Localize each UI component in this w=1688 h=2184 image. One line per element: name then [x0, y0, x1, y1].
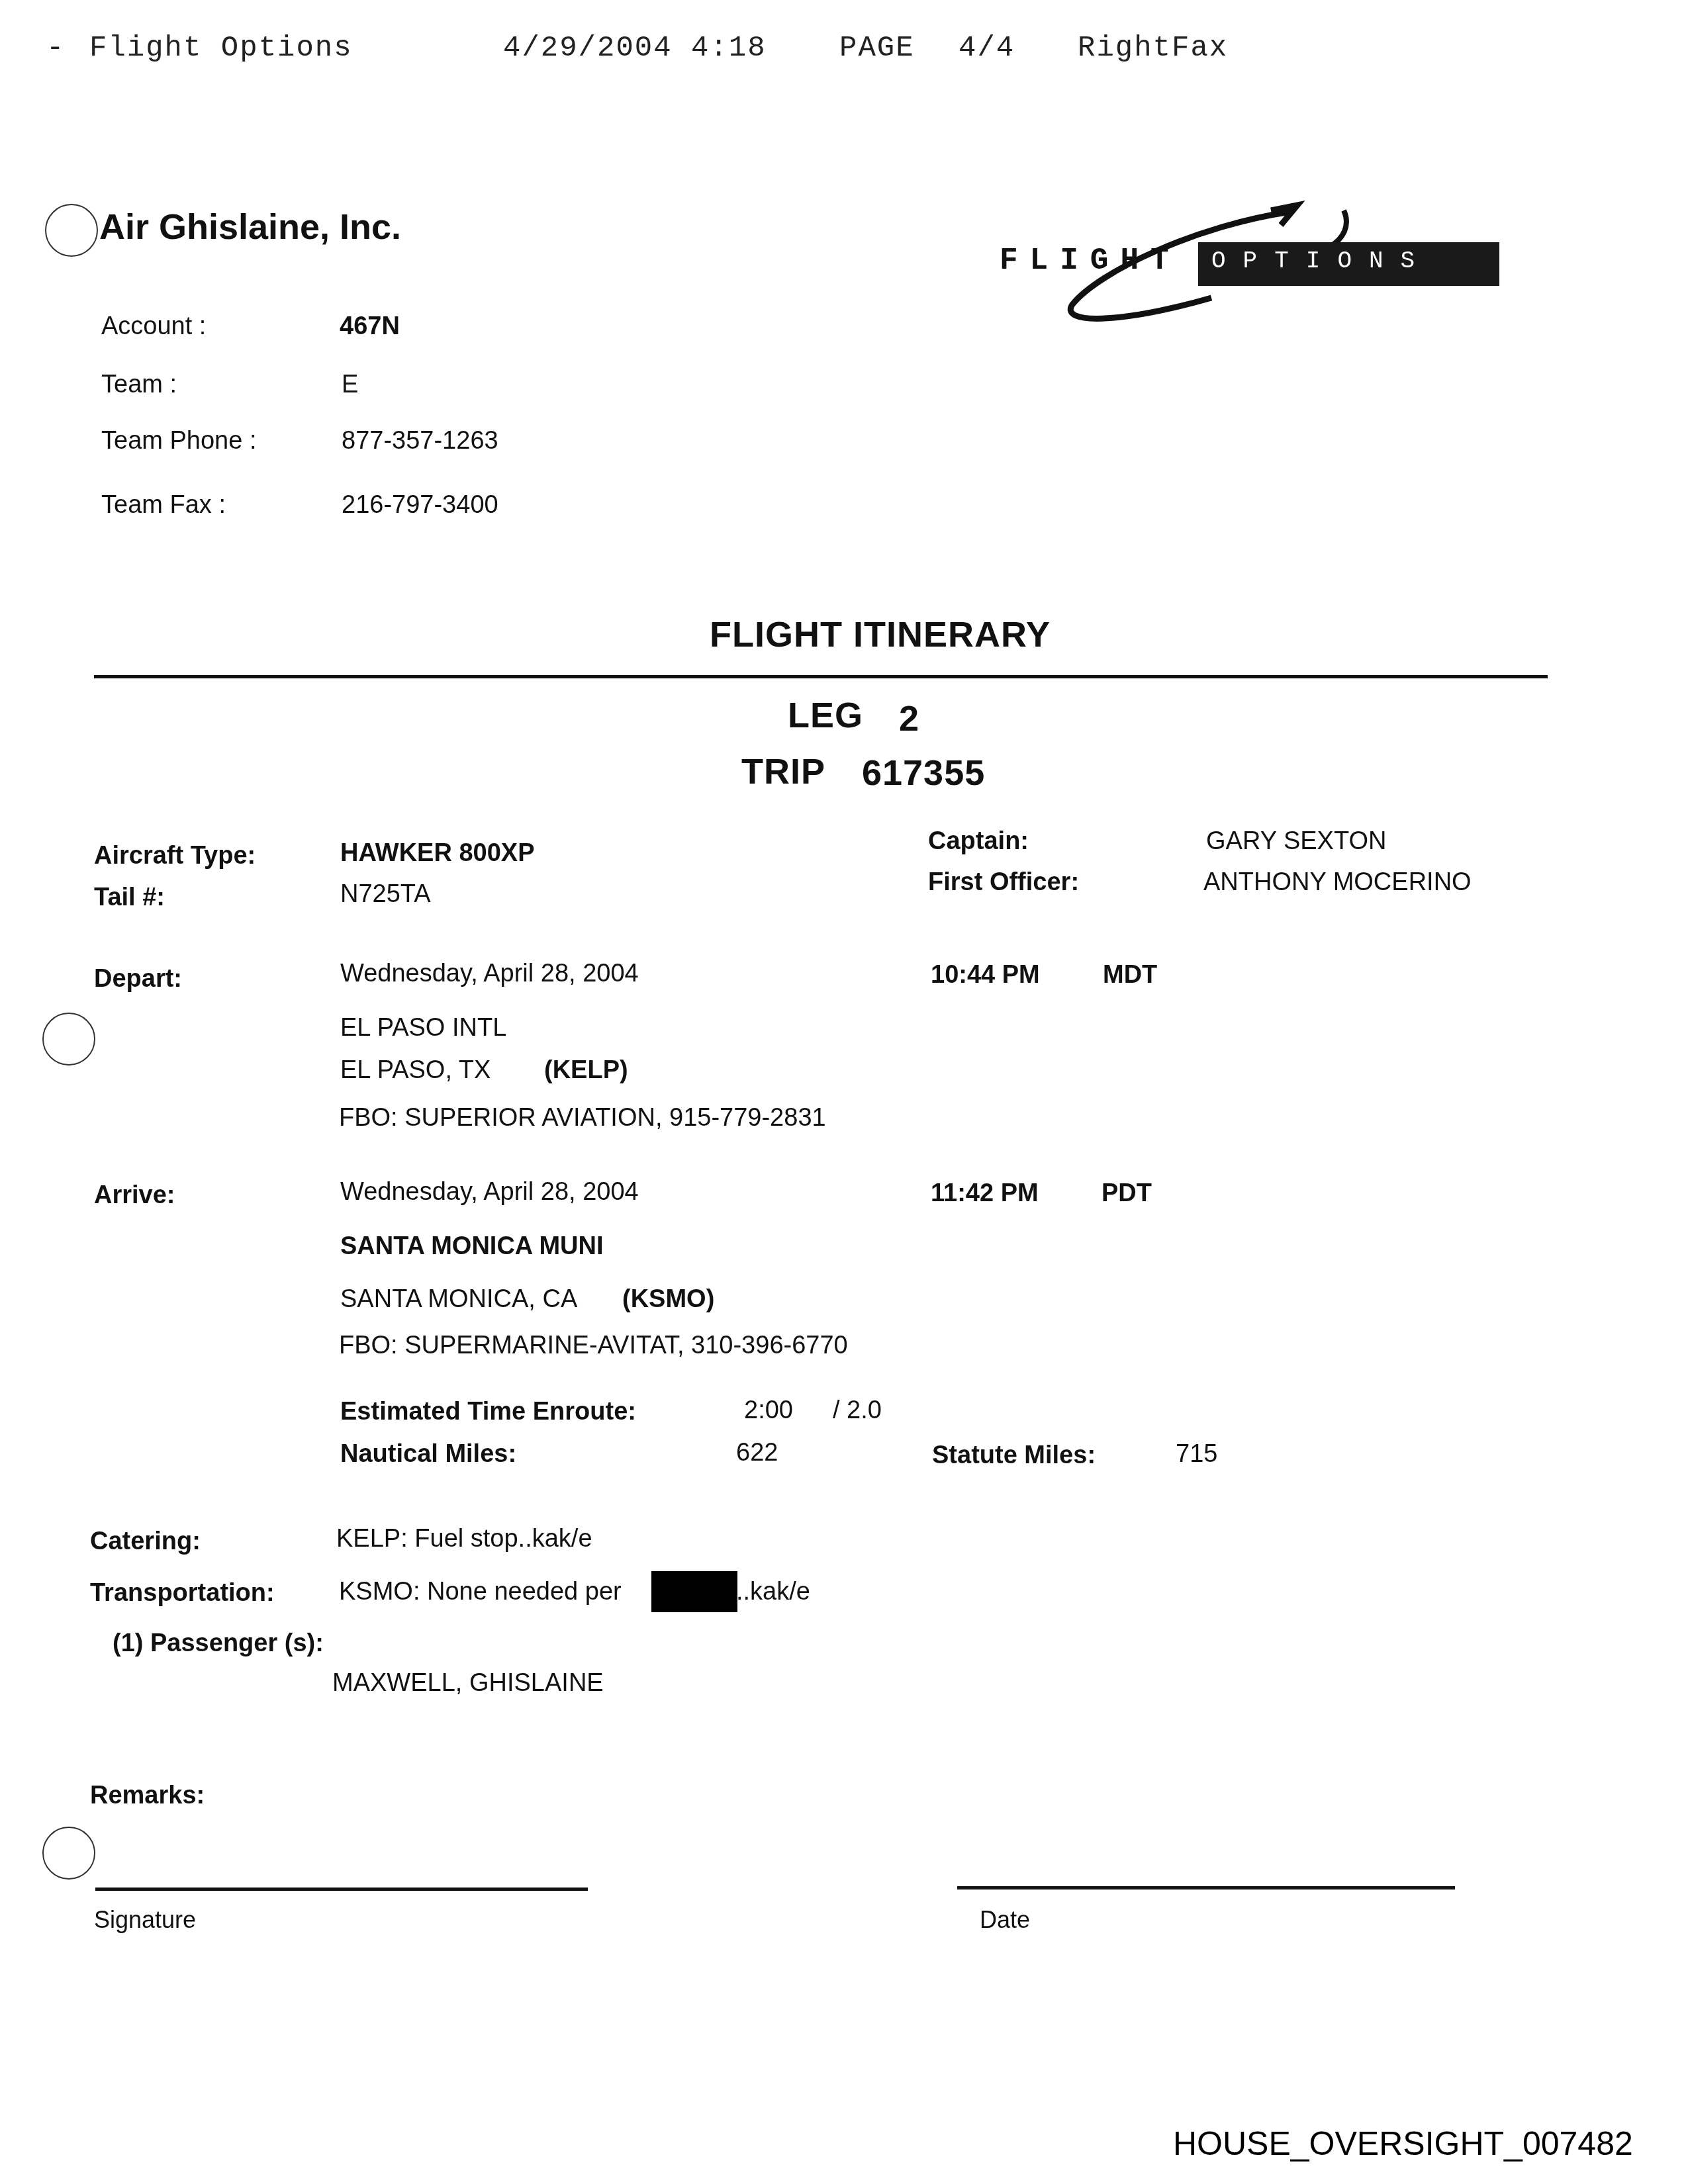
- redaction-box: [651, 1571, 737, 1612]
- transportation-value-suffix: ..kak/e: [736, 1578, 810, 1606]
- captain-value: GARY SEXTON: [1206, 827, 1386, 856]
- fax-page-number: 4/4: [959, 32, 1015, 65]
- first-officer-value: ANTHONY MOCERINO: [1203, 868, 1472, 897]
- statute-miles-value: 715: [1176, 1440, 1217, 1469]
- depart-date: Wednesday, April 28, 2004: [340, 960, 639, 988]
- depart-fbo: FBO: SUPERIOR AVIATION, 915-779-2831: [339, 1104, 826, 1132]
- company-name: Air Ghislaine, Inc.: [99, 206, 401, 248]
- passenger-name: MAXWELL, GHISLAINE: [332, 1669, 604, 1698]
- team-phone-label: Team Phone :: [101, 427, 256, 455]
- punch-hole-icon: [42, 1013, 95, 1066]
- punch-hole-icon: [42, 1827, 95, 1880]
- logo-word-flight: FLIGHT: [1000, 244, 1181, 278]
- flight-options-logo: FLIGHT OPTIONS: [1000, 199, 1503, 331]
- leg-number: 2: [899, 698, 919, 739]
- depart-airport: EL PASO INTL: [340, 1014, 506, 1042]
- ete-value: 2:00: [744, 1396, 793, 1425]
- account-label: Account :: [101, 312, 206, 341]
- aircraft-type-value: HAWKER 800XP: [340, 839, 535, 868]
- punch-hole-icon: [45, 204, 98, 257]
- catering-label: Catering:: [90, 1527, 201, 1556]
- depart-time: 10:44 PM: [931, 961, 1040, 989]
- arrive-fbo: FBO: SUPERMARINE-AVITAT, 310-396-6770: [339, 1332, 848, 1360]
- team-label: Team :: [101, 371, 177, 399]
- transportation-value: KSMO: None needed per: [339, 1578, 622, 1606]
- arrive-airport: SANTA MONICA MUNI: [340, 1232, 604, 1261]
- depart-label: Depart:: [94, 965, 182, 993]
- team-phone-value: 877-357-1263: [342, 427, 498, 455]
- arrive-label: Arrive:: [94, 1181, 175, 1210]
- date-line: [957, 1886, 1455, 1889]
- arrive-time: 11:42 PM: [931, 1179, 1039, 1208]
- tail-number-label: Tail #:: [94, 884, 165, 912]
- account-value: 467N: [340, 312, 400, 341]
- depart-city: EL PASO, TX: [340, 1056, 491, 1085]
- catering-value: KELP: Fuel stop..kak/e: [336, 1525, 592, 1553]
- fax-page-label: PAGE: [839, 32, 915, 65]
- team-fax-value: 216-797-3400: [342, 491, 498, 520]
- team-fax-label: Team Fax :: [101, 491, 226, 520]
- nautical-miles-label: Nautical Miles:: [340, 1440, 516, 1469]
- statute-miles-label: Statute Miles:: [932, 1441, 1096, 1470]
- nautical-miles-value: 622: [736, 1439, 778, 1467]
- team-value: E: [342, 371, 358, 399]
- bates-number: HOUSE_OVERSIGHT_007482: [1173, 2124, 1633, 2163]
- leg-label: LEG: [788, 695, 863, 736]
- first-officer-label: First Officer:: [928, 868, 1079, 897]
- signature-line: [95, 1888, 588, 1891]
- title-divider: [94, 675, 1548, 678]
- transportation-label: Transportation:: [90, 1579, 275, 1608]
- depart-airport-code: (KELP): [544, 1056, 628, 1085]
- passengers-label: (1) Passenger (s):: [113, 1629, 324, 1658]
- arrive-date: Wednesday, April 28, 2004: [340, 1178, 639, 1206]
- aircraft-type-label: Aircraft Type:: [94, 842, 256, 870]
- signature-label: Signature: [94, 1906, 196, 1934]
- tail-number-value: N725TA: [340, 880, 431, 909]
- remarks-label: Remarks:: [90, 1782, 205, 1810]
- date-label: Date: [980, 1906, 1030, 1934]
- arrive-timezone: PDT: [1102, 1179, 1152, 1208]
- logo-word-options: OPTIONS: [1211, 248, 1432, 275]
- fax-mark: ‐: [46, 32, 65, 65]
- fax-sender: Flight Options: [89, 32, 353, 65]
- ete-label: Estimated Time Enroute:: [340, 1398, 636, 1426]
- trip-label: TRIP: [741, 751, 825, 792]
- fax-service: RightFax: [1078, 32, 1228, 65]
- itinerary-title: FLIGHT ITINERARY: [710, 614, 1051, 655]
- fax-datetime: 4/29/2004 4:18: [503, 32, 767, 65]
- arrive-airport-code: (KSMO): [622, 1285, 714, 1314]
- ete-decimal-value: / 2.0: [833, 1396, 882, 1425]
- trip-number: 617355: [862, 752, 985, 794]
- depart-timezone: MDT: [1103, 961, 1157, 989]
- captain-label: Captain:: [928, 827, 1029, 856]
- arrive-city: SANTA MONICA, CA: [340, 1285, 577, 1314]
